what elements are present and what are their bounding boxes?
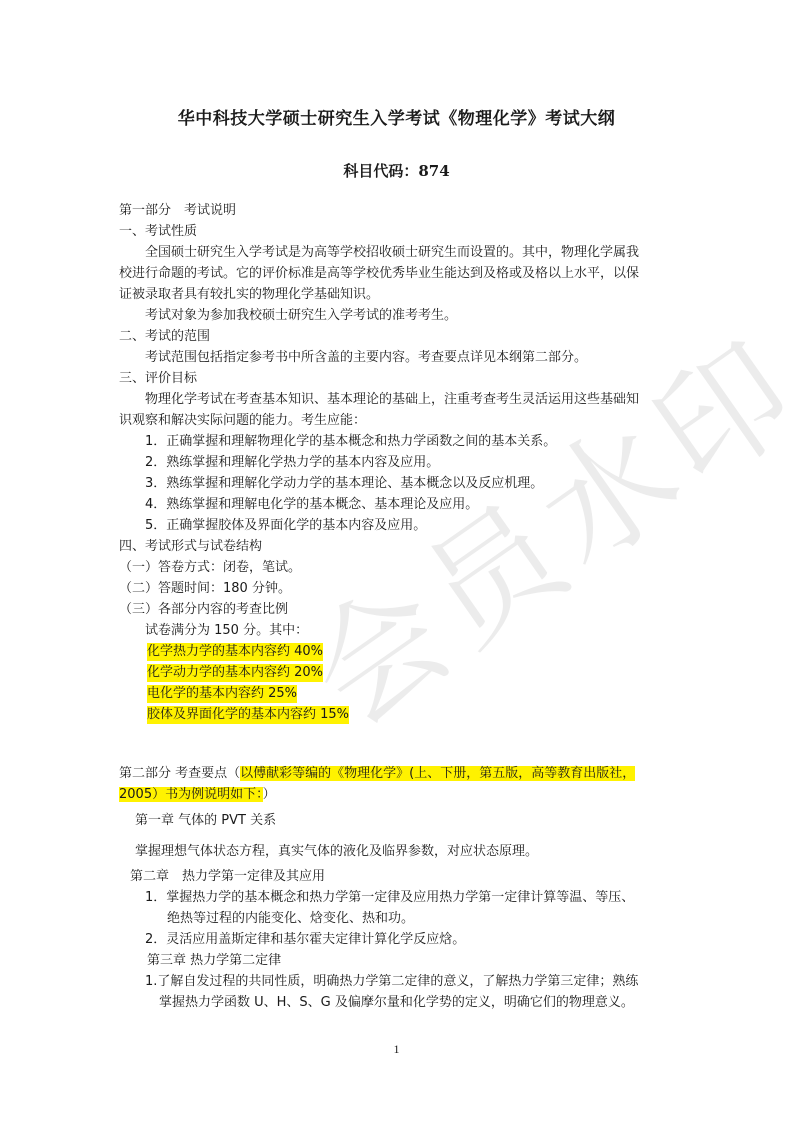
- list-item: （二）答题时间：180 分钟。: [119, 580, 291, 598]
- paragraph: 全国硕士研究生入学考试是为高等学校招收硕士研究生而设置的。其中，物理化学属我: [145, 244, 639, 262]
- score-total: 试卷满分为 150 分。其中：: [145, 622, 308, 640]
- chapter1-text: 掌握理想气体状态方程，真实气体的液化及临界参数，对应状态原理。: [135, 843, 538, 861]
- document-page: 会员水印 华中科技大学硕士研究生入学考试《物理化学》考试大纲 科目代码：874 …: [0, 0, 793, 1122]
- score-item: 电化学的基本内容约 25%: [147, 685, 297, 703]
- paragraph: 考试对象为参加我校硕士研究生入学考试的准考考生。: [145, 307, 457, 325]
- part2-heading-suffix: ）: [263, 787, 276, 802]
- chapter1-title: 第一章 气体的 PVT 关系: [135, 812, 276, 830]
- list-item: （三）各部分内容的考查比例: [119, 601, 288, 619]
- section2-heading: 二、考试的范围: [119, 328, 210, 346]
- paragraph: 证被录取者具有较扎实的物理化学基础知识。: [119, 286, 379, 304]
- paragraph: 识观察和解决实际问题的能力。考生应能：: [119, 412, 366, 430]
- list-item: 1.了解自发过程的共同性质，明确热力学第二定律的意义，了解热力学第三定律；熟练: [145, 973, 638, 991]
- list-item: 2．灵活应用盖斯定律和基尔霍夫定律计算化学反应焓。: [145, 931, 465, 949]
- score-item: 化学动力学的基本内容约 20%: [147, 664, 323, 682]
- part2-heading: 第二部分 考查要点（以傅献彩等编的《物理化学》(上、下册，第五版，高等教育出版社…: [119, 765, 635, 783]
- list-item: （一）答卷方式：闭卷，笔试。: [119, 559, 301, 577]
- list-item: 5．正确掌握胶体及界面化学的基本内容及应用。: [145, 517, 426, 535]
- chapter3-title: 第三章 热力学第二定律: [147, 952, 281, 970]
- list-item: 4．熟练掌握和理解电化学的基本概念、基本理论及应用。: [145, 496, 478, 514]
- page-number: 1: [0, 1042, 793, 1057]
- list-item-cont: 掌握热力学函数 U、H、S、G 及偏摩尔量和化学势的定义，明确它们的物理意义。: [159, 994, 634, 1012]
- reference-book-highlight: 2005）书为例说明如下：: [119, 787, 263, 802]
- chapter2-title: 第二章 热力学第一定律及其应用: [130, 868, 325, 886]
- part1-heading: 第一部分 考试说明: [119, 202, 236, 220]
- part2-heading-cont: 2005）书为例说明如下：）: [119, 786, 276, 804]
- list-item: 3．熟练掌握和理解化学动力学的基本理论、基本概念以及反应机理。: [145, 475, 543, 493]
- section4-heading: 四、考试形式与试卷结构: [119, 538, 262, 556]
- score-item: 胶体及界面化学的基本内容约 15%: [147, 706, 349, 724]
- reference-book-highlight: 以傅献彩等编的《物理化学》(上、下册，第五版，高等教育出版社，: [240, 766, 635, 781]
- section3-heading: 三、评价目标: [119, 370, 197, 388]
- paragraph: 校进行命题的考试。它的评价标准是高等学校优秀毕业生能达到及格或及格以上水平，以保: [119, 265, 639, 283]
- list-item-cont: 绝热等过程的内能变化、焓变化、热和功。: [167, 910, 414, 928]
- score-item: 化学热力学的基本内容约 40%: [147, 643, 323, 661]
- document-title: 华中科技大学硕士研究生入学考试《物理化学》考试大纲: [0, 104, 793, 129]
- part2-heading-prefix: 第二部分 考查要点（: [119, 766, 240, 781]
- paragraph: 物理化学考试在考查基本知识、基本理论的基础上，注重考查考生灵活运用这些基础知: [145, 391, 639, 409]
- list-item: 2．熟练掌握和理解化学热力学的基本内容及应用。: [145, 454, 439, 472]
- subject-code: 科目代码：874: [0, 160, 793, 181]
- list-item: 1．掌握热力学的基本概念和热力学第一定律及应用热力学第一定律计算等温、等压、: [145, 889, 634, 907]
- paragraph: 考试范围包括指定参考书中所含盖的主要内容。考查要点详见本纲第二部分。: [145, 349, 587, 367]
- list-item: 1．正确掌握和理解物理化学的基本概念和热力学函数之间的基本关系。: [145, 433, 556, 451]
- section1-heading: 一、考试性质: [119, 223, 197, 241]
